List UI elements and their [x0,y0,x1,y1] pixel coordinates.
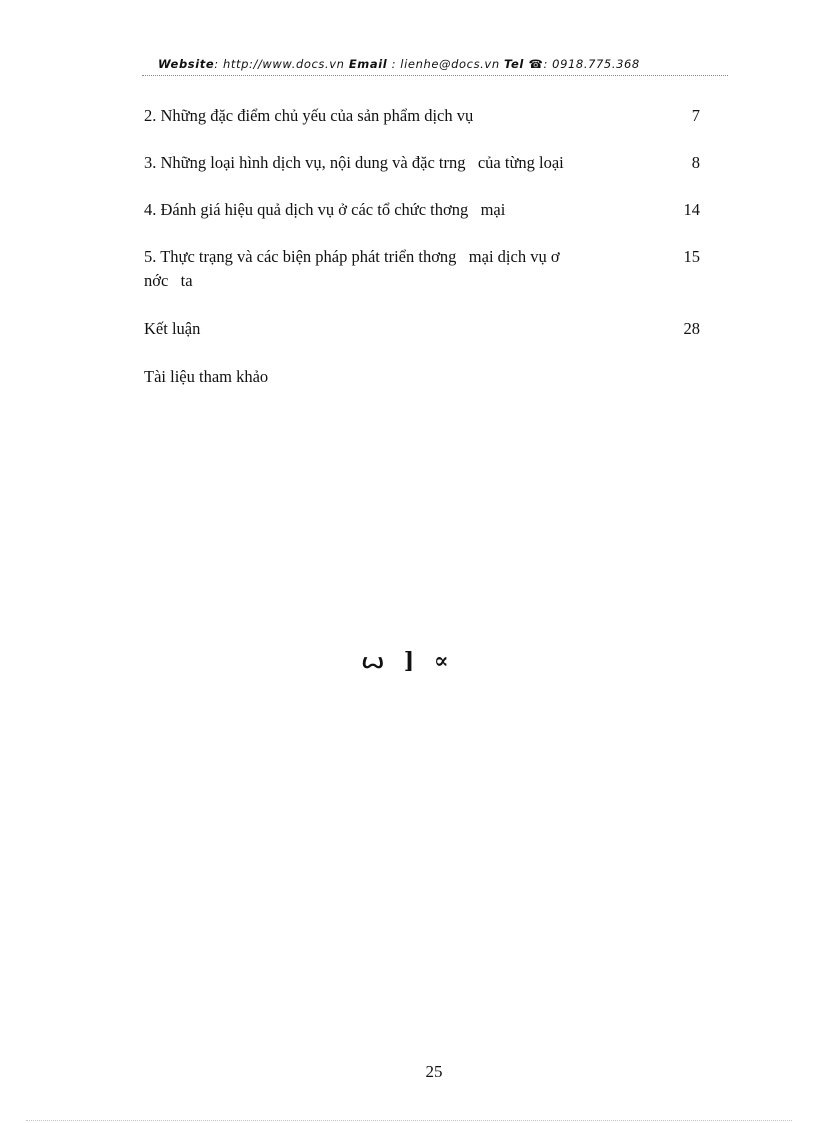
email-label: Email [349,57,387,71]
toc-entry-page: 8 [692,151,700,175]
header-divider [142,75,728,76]
toc-entry-page: 14 [684,198,701,222]
toc-entry-page: 7 [692,104,700,128]
tel-label: Tel [504,57,529,71]
telephone-icon: ☎ [529,57,544,71]
toc-entry-title: 3. Những loại hình dịch vụ, nội dung và … [144,151,654,175]
toc-entry-page: 15 [684,245,701,269]
tel-number: : 0918.775.368 [543,57,639,71]
page-number: 25 [0,1062,816,1082]
footer-divider [26,1120,792,1121]
toc-entry-title: Tài liệu tham khảo [144,365,654,389]
email-address[interactable]: : lienhe@docs.vn [387,57,504,71]
website-url[interactable]: : http://www.docs.vn [214,57,349,71]
toc-entry-page: 28 [684,317,701,341]
toc-entry-title: Kết luận [144,317,654,341]
toc-entry-title: 4. Đánh giá hiệu quả dịch vụ ở các tổ ch… [144,198,654,222]
toc-entry-title: 5. Thực trạng và các biện pháp phát triể… [144,245,654,293]
website-label: Website [158,57,214,71]
decorative-ornament-icon: ꙍ ] ∝ [0,648,816,674]
page-header: Website: http://www.docs.vn Email : lien… [142,56,728,75]
toc-entry-title: 2. Những đặc điểm chủ yếu của sản phẩm d… [144,104,654,128]
